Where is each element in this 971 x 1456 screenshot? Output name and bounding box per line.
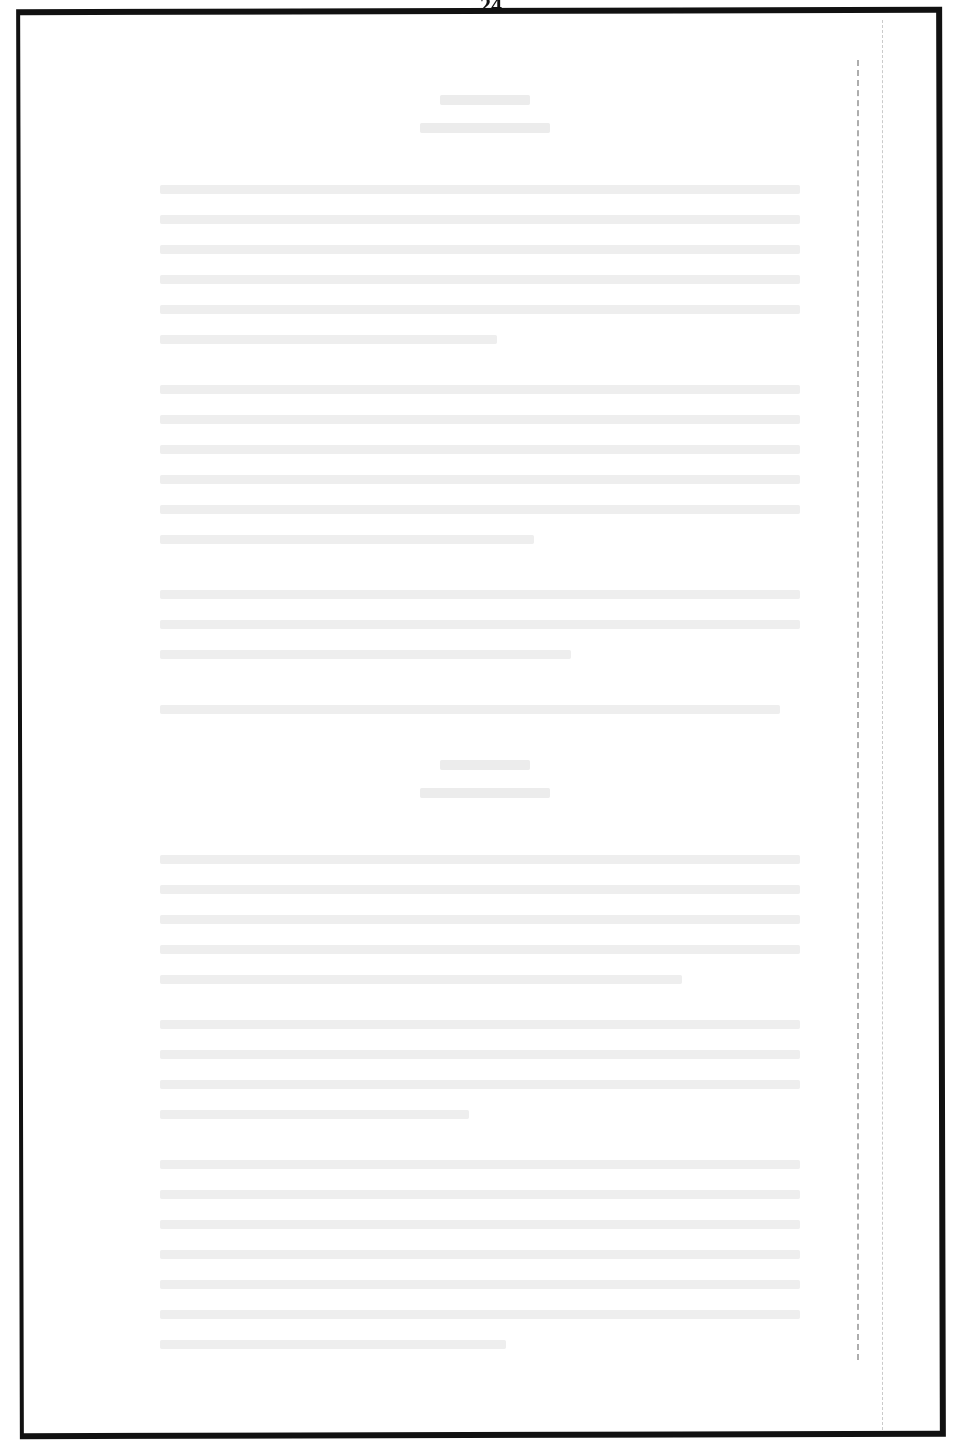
text-line: [160, 1160, 800, 1169]
heading-line: [440, 760, 530, 770]
text-line: [160, 975, 682, 984]
text-line: [160, 1280, 800, 1289]
text-line: [160, 475, 800, 484]
text-line: [160, 245, 800, 254]
text-line: [160, 915, 800, 924]
text-line: [160, 1110, 469, 1119]
text-line: [160, 415, 800, 424]
text-line: [160, 505, 800, 514]
text-line: [160, 185, 800, 194]
text-line: [160, 445, 800, 454]
text-line: [160, 1340, 506, 1349]
text-line: [160, 1190, 800, 1199]
text-line: [160, 885, 800, 894]
text-line: [160, 945, 800, 954]
text-line: [160, 855, 800, 864]
text-line: [160, 1020, 800, 1029]
text-line: [160, 1250, 800, 1259]
text-line: [160, 705, 780, 714]
text-line: [160, 650, 571, 659]
margin-rule: [857, 60, 859, 1360]
text-line: [160, 590, 800, 599]
text-line: [160, 1220, 800, 1229]
text-line: [160, 535, 534, 544]
heading-line: [440, 95, 530, 105]
text-line: [160, 275, 800, 284]
text-line: [160, 385, 800, 394]
text-line: [160, 335, 497, 344]
text-line: [160, 1080, 800, 1089]
text-line: [160, 1310, 800, 1319]
text-line: [160, 620, 800, 629]
text-line: [160, 215, 800, 224]
text-line: [160, 1050, 800, 1059]
heading-line: [420, 123, 550, 133]
text-line: [160, 305, 800, 314]
margin-rule-outer: [882, 20, 883, 1430]
heading-line: [420, 788, 550, 798]
